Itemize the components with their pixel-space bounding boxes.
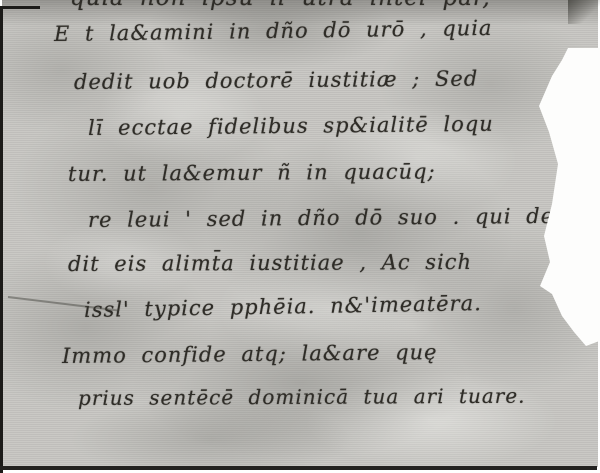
parchment-background: quia non ipsū il utra intel par, E t la&… (2, 0, 598, 467)
photo-frame-left (0, 8, 3, 473)
manuscript-text-line: Immo confide atq; la&are quę (62, 340, 438, 368)
manuscript-text-line: dit eis alimt̄a iustitiae , Ac sich (68, 250, 472, 276)
manuscript-text-line: quia non ipsū il utra intel par, (70, 0, 491, 11)
torn-edge (522, 48, 600, 348)
manuscript-text-line: prius sentēcē dominicā tua ari tuare. (78, 384, 526, 410)
manuscript-text-line: issl' typice pphēia. n&'imeatēra. (84, 291, 482, 322)
photo-frame-bottom (0, 466, 597, 470)
manuscript-text-line: re leui ' sed in dño dō suo . qui de (88, 204, 554, 232)
manuscript-text-line: lī ecctae fidelibus sp&ialitē loqu (88, 112, 494, 140)
photo-frame-top (0, 6, 40, 9)
manuscript-text-line: dedit uob doctorē iustitiæ ; Sed (74, 66, 478, 94)
manuscript-text-line: E t la&amini in dño dō urō , quia (54, 16, 493, 46)
manuscript-photo: quia non ipsū il utra intel par, E t la&… (0, 0, 600, 473)
corner-shadow (568, 0, 600, 24)
manuscript-text-line: tur. ut la&emur ñ in quacūq; (68, 159, 436, 186)
